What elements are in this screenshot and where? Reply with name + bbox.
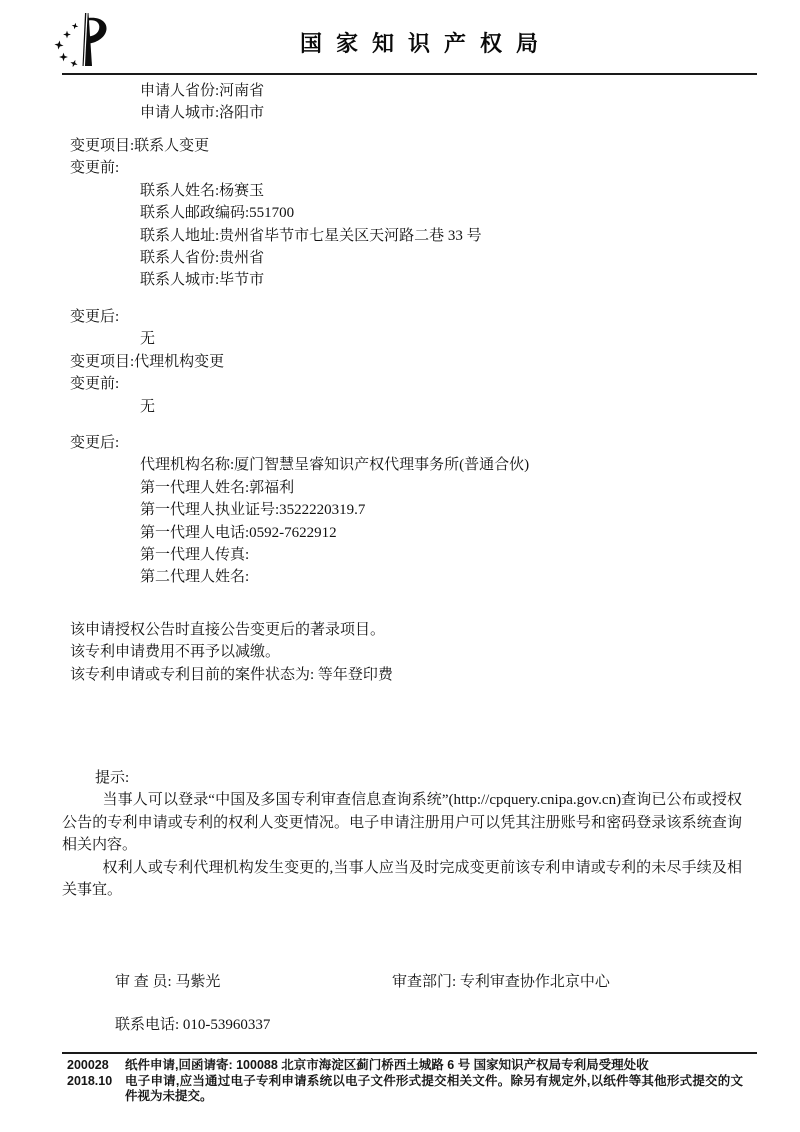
form-code: 200028 xyxy=(67,1058,112,1074)
change-item-label: 变更项目:联系人变更 xyxy=(70,135,482,157)
review-department: 审查部门: 专利审查协作北京中心 xyxy=(392,971,610,993)
agent1-phone: 第一代理人电话:0592-7622912 xyxy=(140,522,529,544)
contact-city: 联系人城市:毕节市 xyxy=(140,269,482,291)
tips-section: 提示: 当事人可以登录“中国及多国专利审查信息查询系统”(http://cpqu… xyxy=(62,767,742,901)
before-label: 变更前: xyxy=(70,373,224,395)
document-page: 国家知识产权局 申请人省份:河南省 申请人城市:洛阳市 变更项目:联系人变更 变… xyxy=(0,0,800,1132)
after-label: 变更后: xyxy=(70,432,529,454)
tips-paragraph-obligations: 权利人或专利代理机构发生变更的,当事人应当及时完成变更前该专利申请或专利的未尽手… xyxy=(62,857,742,902)
contact-change-section: 变更项目:联系人变更 变更前: 联系人姓名:杨赛玉 联系人邮政编码:551700… xyxy=(70,135,482,292)
statement-case-status: 该专利申请或专利目前的案件状态为: 等年登印费 xyxy=(70,664,393,686)
review-section: 审 查 员: 马紫光 审查部门: 专利审查协作北京中心 联系电话: 010-53… xyxy=(0,971,800,1041)
agency-name: 代理机构名称:厦门智慧呈睿知识产权代理事务所(普通合伙) xyxy=(140,454,529,476)
statements-section: 该申请授权公告时直接公告变更后的著录项目。 该专利申请费用不再予以减缴。 该专利… xyxy=(70,619,393,686)
tips-paragraph-query-system: 当事人可以登录“中国及多国专利审查信息查询系统”(http://cpquery.… xyxy=(62,789,742,856)
form-date: 2018.10 xyxy=(67,1074,112,1090)
examiner-name: 审 查 员: 马紫光 xyxy=(115,971,220,993)
statement-fee: 该专利申请费用不再予以减缴。 xyxy=(70,641,393,663)
header-divider xyxy=(62,73,757,75)
tips-label: 提示: xyxy=(62,767,742,789)
applicant-province: 申请人省份:河南省 xyxy=(140,80,264,102)
contact-address: 联系人地址:贵州省毕节市七星关区天河路二巷 33 号 xyxy=(140,225,482,247)
after-label: 变更后: xyxy=(70,306,224,328)
statement-publication: 该申请授权公告时直接公告变更后的著录项目。 xyxy=(70,619,393,641)
paper-filing-line: 纸件申请,回函请寄: 100088 北京市海淀区蓟门桥西土城路 6 号 国家知识… xyxy=(125,1058,743,1074)
agency-title: 国家知识产权局 xyxy=(0,27,800,58)
agent1-name: 第一代理人姓名:郭福利 xyxy=(140,477,529,499)
before-label: 变更前: xyxy=(70,157,482,179)
agent2-name: 第二代理人姓名: xyxy=(140,566,529,588)
mailing-instructions: 纸件申请,回函请寄: 100088 北京市海淀区蓟门桥西土城路 6 号 国家知识… xyxy=(125,1058,743,1105)
electronic-filing-line: 电子申请,应当通过电子专利申请系统以电子文件形式提交相关文件。除另有规定外,以纸… xyxy=(125,1074,743,1105)
agent1-license-no: 第一代理人执业证号:3522220319.7 xyxy=(140,499,529,521)
form-code-block: 200028 2018.10 xyxy=(67,1058,112,1089)
applicant-city: 申请人城市:洛阳市 xyxy=(140,102,264,124)
contact-after-section: 变更后: 无 变更项目:代理机构变更 变更前: 无 xyxy=(70,306,224,418)
applicant-section: 申请人省份:河南省 申请人城市:洛阳市 xyxy=(140,80,264,125)
agency-before-none: 无 xyxy=(140,396,224,418)
contact-after-none: 无 xyxy=(140,328,224,350)
contact-name: 联系人姓名:杨赛玉 xyxy=(140,180,482,202)
contact-postcode: 联系人邮政编码:551700 xyxy=(140,202,482,224)
agency-after-section: 变更后: 代理机构名称:厦门智慧呈睿知识产权代理事务所(普通合伙) 第一代理人姓… xyxy=(70,432,529,589)
agent1-fax: 第一代理人传真: xyxy=(140,544,529,566)
contact-phone: 联系电话: 010-53960337 xyxy=(115,1014,270,1036)
change-item-label: 变更项目:代理机构变更 xyxy=(70,351,224,373)
footer-divider xyxy=(62,1052,757,1054)
contact-province: 联系人省份:贵州省 xyxy=(140,247,482,269)
